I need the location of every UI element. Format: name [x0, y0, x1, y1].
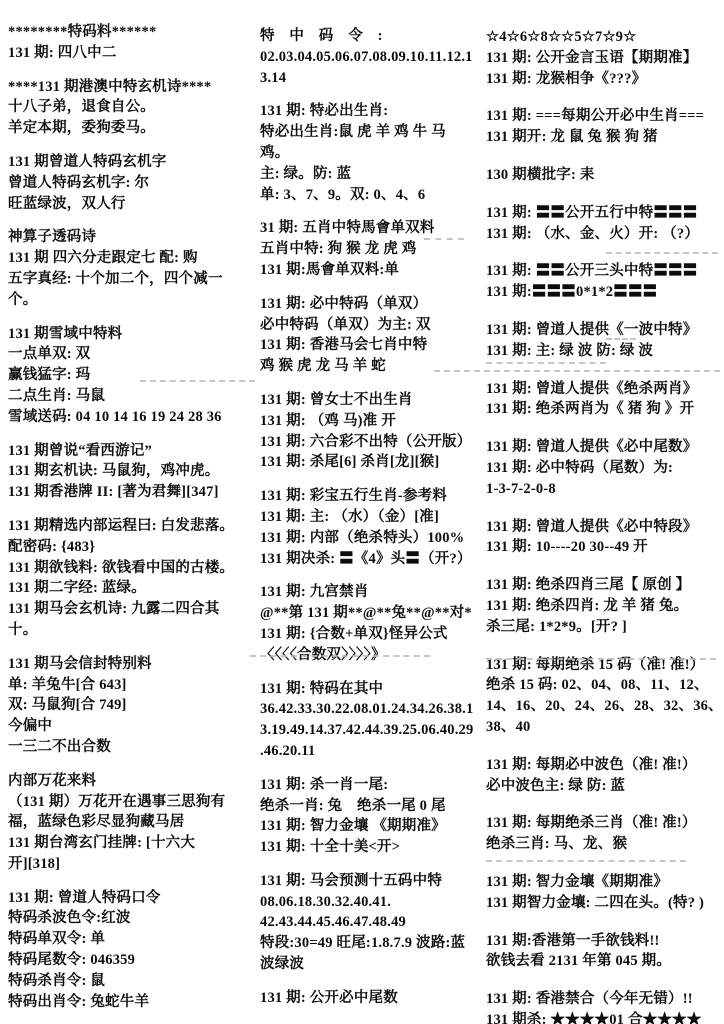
text-line: 131 期玄机诀: 马鼠狗，鸡冲虎。	[8, 461, 254, 482]
text-line: 131 期: 每期绝杀三肖（准! 准!）	[486, 813, 722, 834]
text-line: 131 期: 主: 绿 波 防: 绿 波	[486, 341, 722, 362]
text-line: 131 期: 公开必中尾数	[260, 988, 482, 1009]
text-line: 131 期台湾玄门挂牌: [十六大	[8, 833, 254, 854]
text-line: 131 期: 特必出生肖:	[260, 101, 482, 122]
text-line: 131 期: 必中特码（单双）	[260, 294, 482, 315]
text-line: 131 期 四六分走跟定七 配: 购	[8, 248, 254, 269]
text-line: 曾道人特码玄机字: 尔	[8, 173, 254, 194]
text-line: 131 期: 彩宝五行生肖-参考料	[260, 486, 482, 507]
text-line: 131 期: 主: （水）（金）[准]	[260, 507, 482, 528]
text-line: 3.14	[260, 68, 482, 89]
text-line: 131 期: 曾道人提供《绝杀两肖》	[486, 379, 722, 400]
text-line: .46.20.11	[260, 741, 482, 762]
text-line: 双: 马鼠狗[合 749]	[8, 695, 254, 716]
text-line: 绝杀一肖: 兔 绝杀一尾 0 尾	[260, 796, 482, 817]
text-line: 131 期香港牌 II: [著为君舞][347]	[8, 482, 254, 503]
text-line: 38、40	[486, 717, 722, 738]
paragraph: 131 期: 特码在其中36.42.33.30.22.08.01.24.34.2…	[260, 679, 482, 762]
text-line: 配密码: {483}	[8, 537, 254, 558]
paragraph: 131 期曾道人特码玄机字曾道人特码玄机字: 尔旺蓝绿波，双人行	[8, 152, 254, 214]
text-line: 42.43.44.45.46.47.48.49	[260, 912, 482, 933]
text-line: 131 期决杀: 〓《4》头〓（开?）	[260, 549, 482, 570]
text-line: 131 期: 曾道人提供《一波中特》	[486, 320, 722, 341]
text-line: 绝杀 15 码: 02、04、08、11、12、	[486, 675, 722, 696]
text-line: 131 期: 内部（绝杀特头）100%	[260, 528, 482, 549]
paragraph: 131 期: ===每期公开必中生肖===131 期开: 龙 鼠 兔 猴 狗 猪	[486, 106, 722, 148]
text-line: 131 期: （鸡 马)准 开	[260, 411, 482, 432]
paragraph: 131 期: 彩宝五行生肖-参考料131 期: 主: （水）（金）[准]131 …	[260, 486, 482, 569]
text-line: 131 期: 曾道人提供《必中特段》	[486, 517, 722, 538]
text-line: 必中特码（单双）为主: 双	[260, 315, 482, 336]
text-line: 羊定本期，委狗委马。	[8, 118, 254, 139]
text-line: 神算子透码诗	[8, 227, 254, 248]
paragraph: 31 期: 五肖中特馬會单双料五肖中特: 狗 猴 龙 虎 鸡131 期:馬會单双…	[260, 218, 482, 280]
center-column: 特 中 码 令 :02.03.04.05.06.07.08.09.10.11.1…	[260, 0, 482, 1009]
text-line: 波绿波	[260, 954, 482, 975]
text-line: 131 期: 九宫禁肖	[260, 582, 482, 603]
text-line: 个。	[8, 290, 254, 311]
text-line: 鸡。	[260, 143, 482, 164]
text-line: 131 期: 曾女士不出生肖	[260, 390, 482, 411]
text-line: ☆4☆6☆8☆☆5☆7☆9☆	[486, 27, 722, 48]
paragraph: 131 期: 每期绝杀 15 码（准! 准!）绝杀 15 码: 02、04、08…	[486, 655, 722, 738]
text-line: 内部万花来料	[8, 771, 254, 792]
text-line: 130 期横批字: 耒	[486, 165, 722, 186]
text-line: 31 期: 五肖中特馬會单双料	[260, 218, 482, 239]
paragraph: 131 期: 每期必中波色（准! 准!）必中波色主: 绿 防: 蓝	[486, 755, 722, 797]
text-line: 特必出生肖:鼠 虎 羊 鸡 牛 马	[260, 122, 482, 143]
text-line: 131 期马会信封特别料	[8, 654, 254, 675]
text-line: 131 期杀: ★★★★01 合★★★★	[486, 1010, 722, 1024]
text-line: 131 期: ===每期公开必中生肖===	[486, 106, 722, 127]
text-line: ********特码料******	[8, 22, 254, 43]
text-line: 131 期雪域中特料	[8, 324, 254, 345]
text-line: 福，蓝绿色彩尽显狗藏马居	[8, 812, 254, 833]
paragraph: 131 期: 香港禁合（今年无错）!!131 期杀: ★★★★01 合★★★★	[486, 989, 722, 1024]
paragraph: 131 期马会信封特别料单: 羊兔牛[合 643]双: 马鼠狗[合 749]今偏…	[8, 654, 254, 758]
scan-artifact	[486, 658, 716, 660]
text-line: 131 期: 智力金壤 《期期准》	[260, 816, 482, 837]
text-line: 131 期: 绝杀四肖三尾【 原创 】	[486, 575, 722, 596]
paragraph: 131 期: 杀一肖一尾:绝杀一肖: 兔 绝杀一尾 0 尾131 期: 智力金壤…	[260, 775, 482, 858]
text-line: 131 期曾说“看西游记”	[8, 441, 254, 462]
paragraph: 内部万花来料（131 期）万花开在遇事三思狗有福，蓝绿色彩尽显狗藏马居131 期…	[8, 771, 254, 875]
text-line: 131 期:馬會单双料:单	[260, 260, 482, 281]
paragraph: 131 期: 九宫禁肖@**第 131 期**@**兔**@**对*131 期:…	[260, 582, 482, 665]
scan-artifact	[424, 238, 464, 240]
paragraph: 131 期精选内部运程曰: 白发悲落。配密码: {483}131 期欲钱料: 欲…	[8, 516, 254, 641]
text-line: 131 期曾道人特码玄机字	[8, 152, 254, 173]
text-line: 36.42.33.30.22.08.01.24.34.26.38.1	[260, 699, 482, 720]
scanned-tip-sheet-page: ********特码料******131 期: 四八中二****131 期港澳中…	[0, 0, 724, 1024]
text-line: 五字真经: 十个加二个，四个减一	[8, 269, 254, 290]
text-line: 赢钱猛字: 玛	[8, 365, 254, 386]
scan-artifact	[434, 370, 720, 372]
paragraph: 131 期: 〓〓公开五行中特〓〓〓131 期: （水、金、火）开: （?）	[486, 203, 722, 245]
text-line: 131 期: 十全十美<开>	[260, 837, 482, 858]
text-line: 131 期欲钱料: 欲钱看中国的古楼。	[8, 558, 254, 579]
text-line: 五肖中特: 狗 猴 龙 虎 鸡	[260, 239, 482, 260]
text-line: （131 期）万花开在遇事三思狗有	[8, 792, 254, 813]
text-line: 绝杀三肖: 马、龙、猴	[486, 834, 722, 855]
scan-artifact	[250, 655, 430, 657]
text-line: 131 期: （水、金、火）开: （?）	[486, 224, 722, 245]
paragraph: 131 期: 必中特码（单双）必中特码（单双）为主: 双131 期: 香港马会七…	[260, 294, 482, 377]
paragraph: 131 期雪域中特料一点单双: 双赢钱猛字: 玛二点生肖: 马鼠雪域送码: 04…	[8, 324, 254, 428]
paragraph: 131 期: 曾道人特码口令特码杀波色令:红波特码单双令: 单特码尾数令: 04…	[8, 888, 254, 1013]
paragraph: 131 期: 曾道人提供《必中尾数》131 期: 必中特码（尾数）为:1-3-7…	[486, 437, 722, 499]
paragraph: 131 期: 特必出生肖:特必出生肖:鼠 虎 羊 鸡 牛 马鸡。主: 绿。防: …	[260, 101, 482, 205]
text-line: 特码尾数令: 046359	[8, 950, 254, 971]
paragraph: 131 期: 〓〓公开三头中特〓〓〓131 期:〓〓〓0*1*2〓〓〓	[486, 261, 722, 303]
text-line: 131 期: 〓〓公开五行中特〓〓〓	[486, 203, 722, 224]
paragraph: 131 期: 公开必中尾数	[260, 988, 482, 1009]
text-line: 1-3-7-2-0-8	[486, 479, 722, 500]
text-line: 14、16、20、24、26、28、32、36、	[486, 696, 722, 717]
text-line: 特 中 码 令 :	[260, 26, 482, 47]
text-line: 鸡 猴 虎 龙 马 羊 蛇	[260, 356, 482, 377]
text-line: 131 期: 每期必中波色（准! 准!）	[486, 755, 722, 776]
text-line: 欲钱去看 2131 年第 045 期。	[486, 951, 722, 972]
text-line: 一点单双: 双	[8, 344, 254, 365]
text-line: 二点生肖: 马鼠	[8, 386, 254, 407]
paragraph: 131 期: 曾道人提供《必中特段》131 期: 10----20 30--49…	[486, 517, 722, 559]
text-line: 131 期:〓〓〓0*1*2〓〓〓	[486, 282, 722, 303]
paragraph: 131 期曾说“看西游记”131 期玄机诀: 马鼠狗，鸡冲虎。131 期香港牌 …	[8, 441, 254, 503]
text-line: 131 期: 六合彩不出特（公开版）	[260, 432, 482, 453]
paragraph: 131 期: 曾道人提供《一波中特》131 期: 主: 绿 波 防: 绿 波	[486, 320, 722, 362]
text-line: 131 期: 特码在其中	[260, 679, 482, 700]
text-line: 131 期: 杀尾[6] 杀肖[龙][猴]	[260, 452, 482, 473]
text-line: 特码杀肖令: 鼠	[8, 971, 254, 992]
text-line: @**第 131 期**@**兔**@**对*	[260, 603, 482, 624]
text-line: 131 期马会玄机诗: 九露二四合其	[8, 599, 254, 620]
text-line: 特码单双令: 单	[8, 929, 254, 950]
paragraph: 131 期: 马会预测十五码中特08.06.18.30.32.40.41.42.…	[260, 871, 482, 975]
right-column: ☆4☆6☆8☆☆5☆7☆9☆131 期: 公开金言玉语【期期准】131 期: 龙…	[486, 0, 722, 1024]
text-line: 一三二不出合数	[8, 737, 254, 758]
text-line: 131 期: 必中特码（尾数）为:	[486, 458, 722, 479]
scan-artifact	[486, 362, 606, 364]
text-line: 雪域送码: 04 10 14 16 19 24 28 36	[8, 407, 254, 428]
paragraph: ☆4☆6☆8☆☆5☆7☆9☆131 期: 公开金言玉语【期期准】131 期: 龙…	[486, 27, 722, 89]
text-line: 131 期:香港第一手欲钱料!!	[486, 931, 722, 952]
text-line: 131 期: 公开金言玉语【期期准】	[486, 48, 722, 69]
text-line: 特码出肖令: 兔蛇牛羊	[8, 992, 254, 1013]
text-line: 131 期: 〓〓公开三头中特〓〓〓	[486, 261, 722, 282]
text-line: 旺蓝绿波，双人行	[8, 194, 254, 215]
text-line: 131 期: 香港禁合（今年无错）!!	[486, 989, 722, 1010]
text-line: 开][318]	[8, 854, 254, 875]
paragraph: 131 期: 绝杀四肖三尾【 原创 】131 期: 绝杀四肖: 龙 羊 猪 兔。…	[486, 575, 722, 637]
scan-artifact	[606, 252, 718, 254]
text-line: 131 期: 10----20 30--49 开	[486, 537, 722, 558]
text-line: 131 期: 绝杀两肖为《 猪 狗 》开	[486, 399, 722, 420]
text-line: 131 期: 龙猴相争《???》	[486, 69, 722, 90]
text-line: 131 期: 香港马会七肖中特	[260, 335, 482, 356]
text-line: 特段:30=49 旺尾:1.8.7.9 波路:蓝	[260, 933, 482, 954]
text-line: 十。	[8, 620, 254, 641]
paragraph: 131 期: 曾道人提供《绝杀两肖》131 期: 绝杀两肖为《 猪 狗 》开	[486, 379, 722, 421]
text-line: 131 期: 曾道人提供《必中尾数》	[486, 437, 722, 458]
text-line: 131 期: 马会预测十五码中特	[260, 871, 482, 892]
text-line: 今偏中	[8, 716, 254, 737]
text-line: 必中波色主: 绿 防: 蓝	[486, 776, 722, 797]
text-line: ****131 期港澳中特玄机诗****	[8, 77, 254, 98]
left-column: ********特码料******131 期: 四八中二****131 期港澳中…	[8, 0, 254, 1012]
text-line: 131 期: 杀一肖一尾:	[260, 775, 482, 796]
text-line: 02.03.04.05.06.07.08.09.10.11.12.1	[260, 47, 482, 68]
text-line: 单: 羊兔牛[合 643]	[8, 675, 254, 696]
text-line: 131 期二字经: 蓝绿。	[8, 578, 254, 599]
scan-artifact	[486, 860, 686, 862]
text-line: 主: 绿。防: 蓝	[260, 164, 482, 185]
text-line: 131 期: 曾道人特码口令	[8, 888, 254, 909]
paragraph: 131 期: 智力金壤《期期准》131 期智力金壤: 二四在头。(特? )	[486, 872, 722, 914]
paragraph: 131 期:香港第一手欲钱料!!欲钱去看 2131 年第 045 期。	[486, 931, 722, 973]
text-line: 131 期精选内部运程曰: 白发悲落。	[8, 516, 254, 537]
text-line: 131 期开: 龙 鼠 兔 猴 狗 猪	[486, 127, 722, 148]
text-line: 杀三尾: 1*2*9。[开? ]	[486, 617, 722, 638]
text-line: 131 期: 绝杀四肖: 龙 羊 猪 兔。	[486, 596, 722, 617]
paragraph: 131 期: 每期绝杀三肖（准! 准!）绝杀三肖: 马、龙、猴	[486, 813, 722, 855]
text-line: 131 期: 四八中二	[8, 43, 254, 64]
paragraph: 特 中 码 令 :02.03.04.05.06.07.08.09.10.11.1…	[260, 26, 482, 88]
paragraph: 神算子透码诗131 期 四六分走跟定七 配: 购五字真经: 十个加二个，四个减一…	[8, 227, 254, 310]
text-line: 131 期: 智力金壤《期期准》	[486, 872, 722, 893]
text-line: 单: 3、7、9。双: 0、4、6	[260, 185, 482, 206]
text-line: 131 期: {合数+单双}怪异公式	[260, 624, 482, 645]
text-line: 131 期智力金壤: 二四在头。(特? )	[486, 893, 722, 914]
scan-artifact	[606, 338, 636, 340]
scan-artifact	[140, 380, 255, 382]
paragraph: ********特码料******131 期: 四八中二	[8, 22, 254, 64]
paragraph: 131 期: 曾女士不出生肖131 期: （鸡 马)准 开131 期: 六合彩不…	[260, 390, 482, 473]
paragraph: 130 期横批字: 耒	[486, 165, 722, 186]
text-line: 十八子弟，退食自公。	[8, 97, 254, 118]
paragraph: ****131 期港澳中特玄机诗****十八子弟，退食自公。羊定本期，委狗委马。	[8, 77, 254, 139]
text-line: 3.19.49.14.37.42.44.39.25.06.40.29	[260, 720, 482, 741]
text-line: 08.06.18.30.32.40.41.	[260, 892, 482, 913]
text-line: 特码杀波色令:红波	[8, 908, 254, 929]
